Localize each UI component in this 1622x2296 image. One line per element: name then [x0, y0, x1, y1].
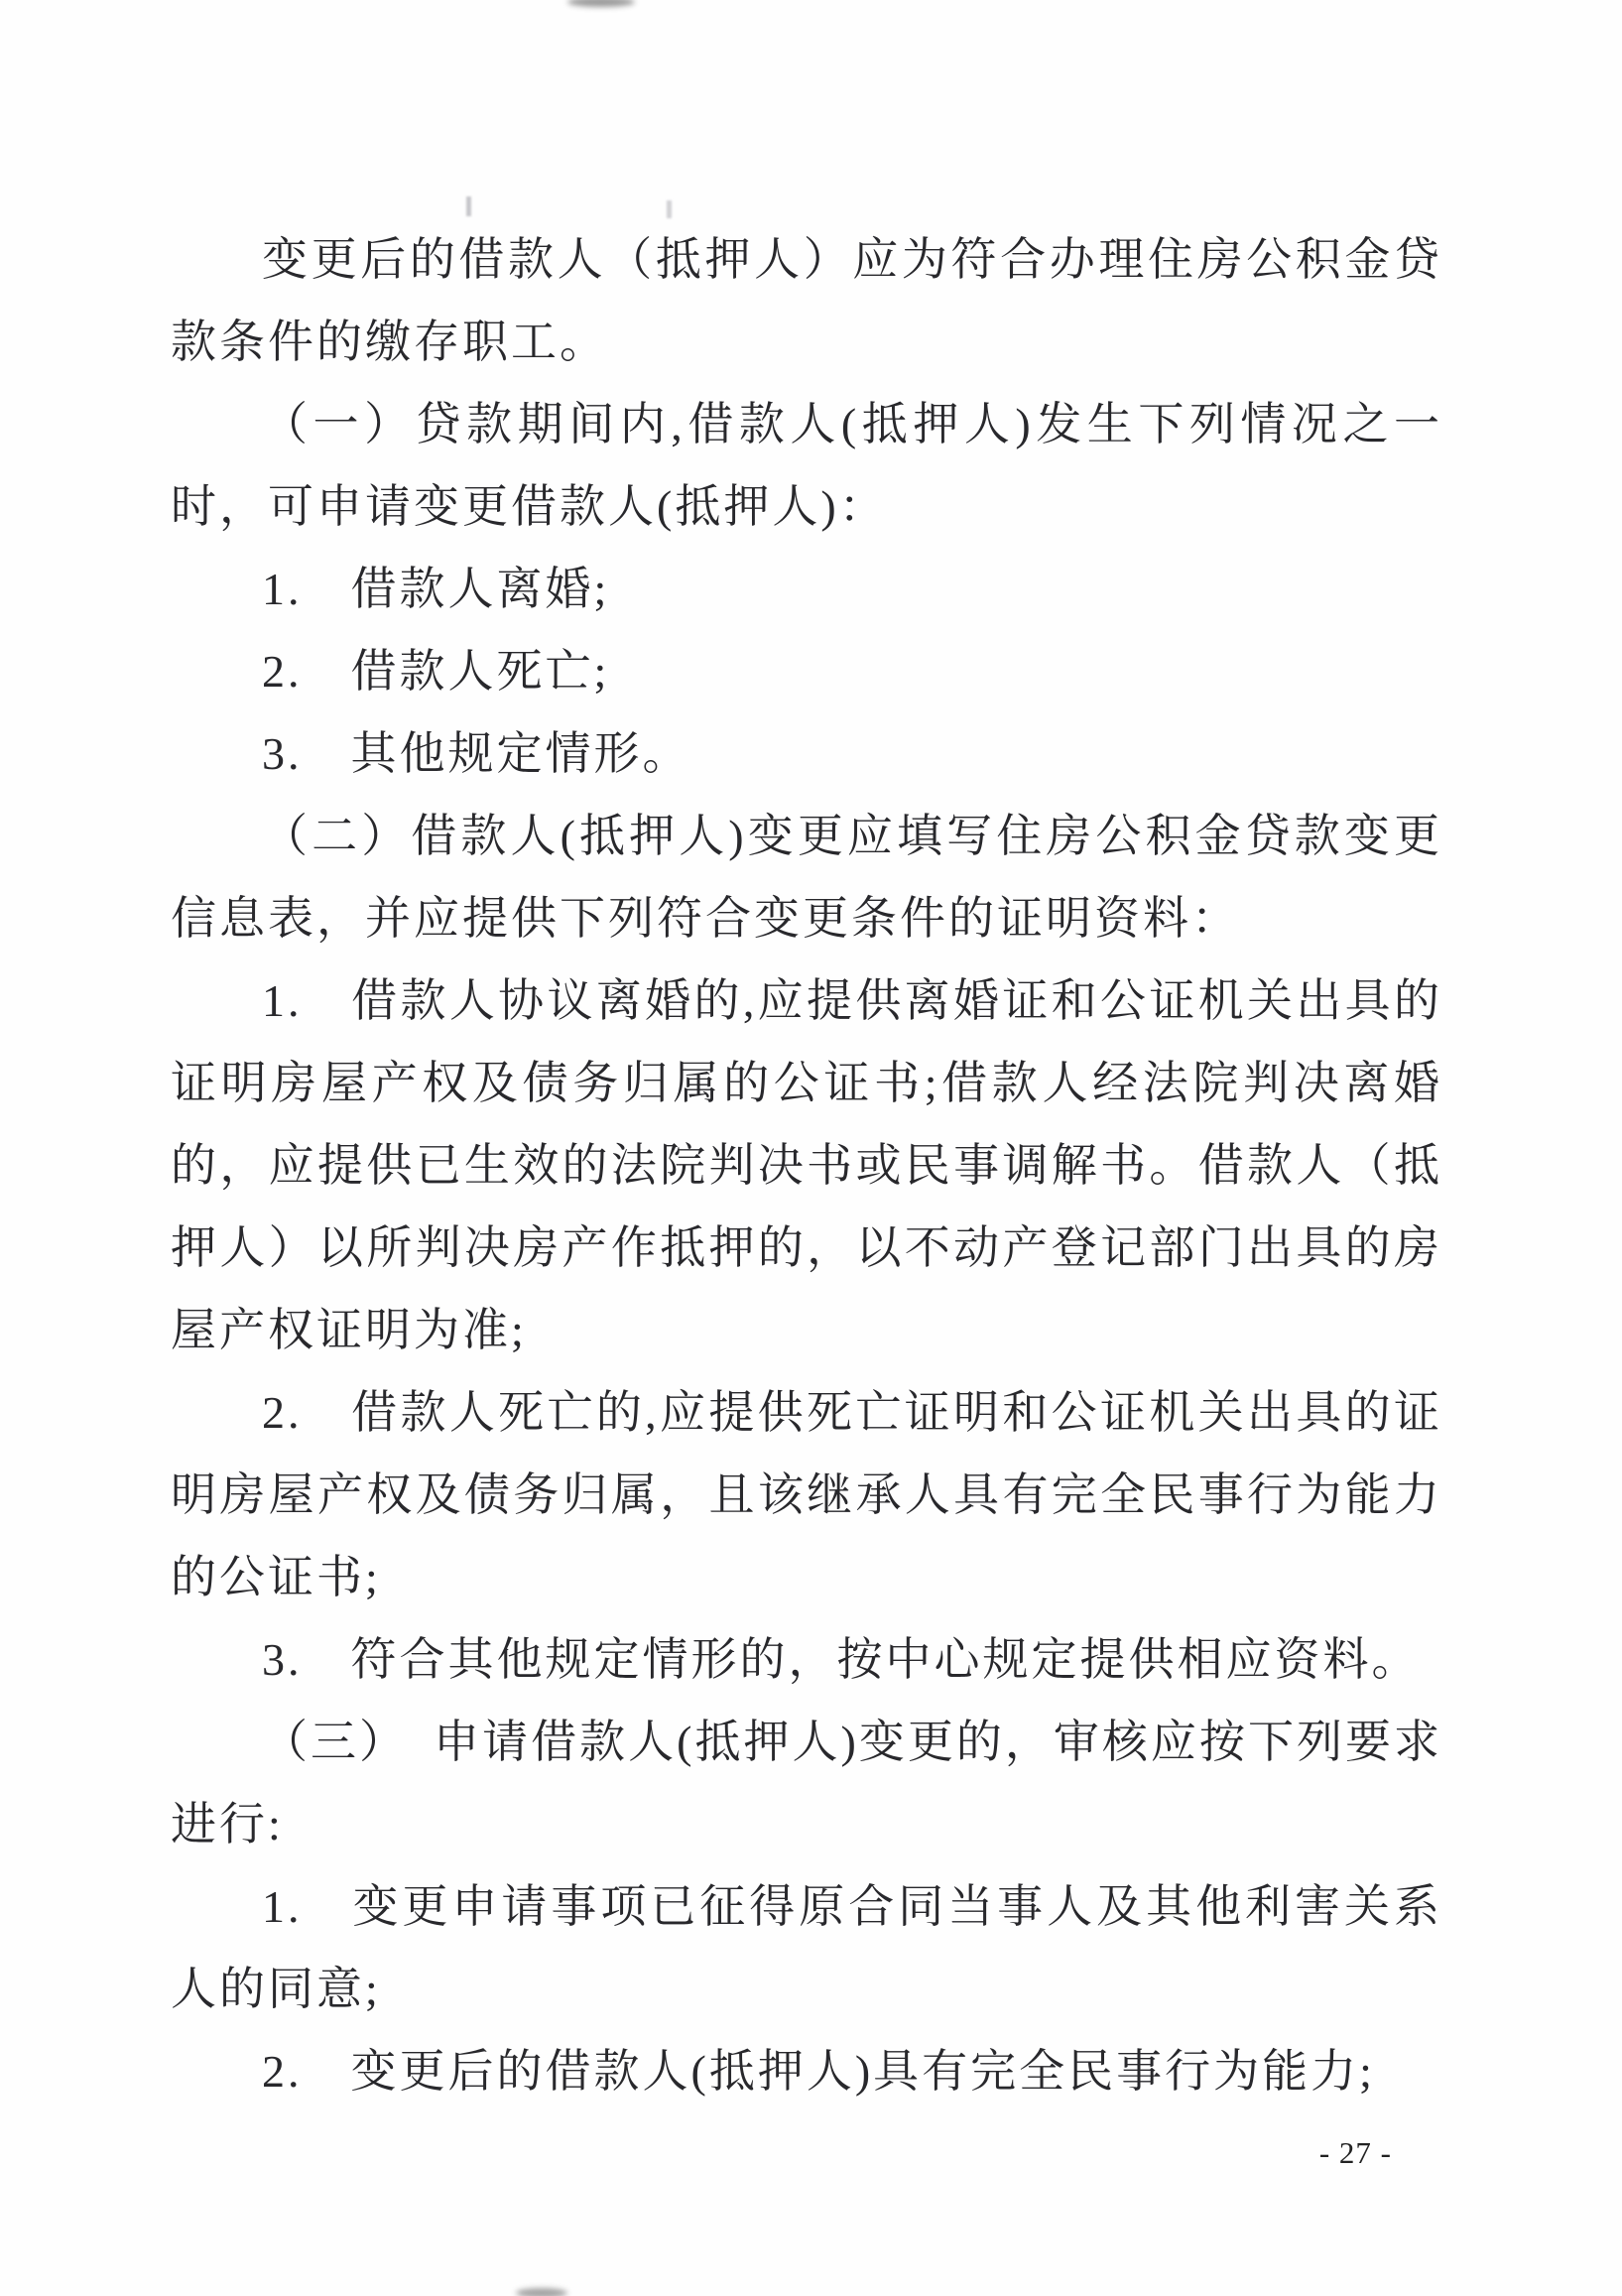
scan-speck [466, 196, 471, 216]
paragraph: 2. 变更后的借款人(抵押人)具有完全民事行为能力; [171, 2030, 1442, 2112]
list-item: 3. 其他规定情形。 [171, 712, 1442, 795]
scan-smudge-top [567, 0, 635, 7]
paragraph: 2. 借款人死亡的,应提供死亡证明和公证机关出具的证明房屋产权及债务归属，且该继… [171, 1371, 1442, 1618]
scan-speck [667, 200, 672, 218]
paragraph: （二）借款人(抵押人)变更应填写住房公积金贷款变更信息表，并应提供下列符合变更条… [171, 795, 1442, 959]
paragraph: 变更后的借款人（抵押人）应为符合办理住房公积金贷款条件的缴存职工。 [171, 218, 1442, 383]
paragraph: 1. 借款人协议离婚的,应提供离婚证和公证机关出具的证明房屋产权及债务归属的公证… [171, 959, 1442, 1371]
list-item: 2. 借款人死亡; [171, 630, 1442, 712]
paragraph: 3. 符合其他规定情形的，按中心规定提供相应资料。 [171, 1618, 1442, 1701]
document-body: 变更后的借款人（抵押人）应为符合办理住房公积金贷款条件的缴存职工。 （一）贷款期… [171, 218, 1442, 2112]
paragraph: （一）贷款期间内,借款人(抵押人)发生下列情况之一时，可申请变更借款人(抵押人)… [171, 383, 1442, 548]
document-page: 变更后的借款人（抵押人）应为符合办理住房公积金贷款条件的缴存职工。 （一）贷款期… [0, 0, 1622, 2296]
scan-smudge-bottom [516, 2288, 567, 2296]
paragraph: （三） 申请借款人(抵押人)变更的，审核应按下列要求进行: [171, 1701, 1442, 1865]
page-number: - 27 - [1319, 2135, 1392, 2171]
list-item: 1. 借款人离婚; [171, 548, 1442, 630]
paragraph: 1. 变更申请事项已征得原合同当事人及其他利害关系人的同意; [171, 1865, 1442, 2030]
